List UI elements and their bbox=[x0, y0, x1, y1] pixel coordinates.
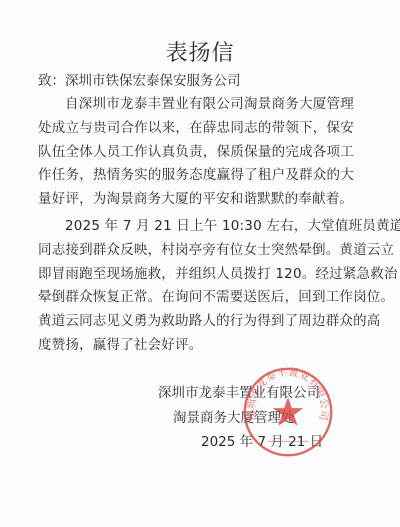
letter-title: 表扬信 bbox=[0, 36, 400, 67]
paragraph-1: 自深圳市龙泰丰置业有限公司淘景商务大厦管理处成立与贵司合作以来，在薛忠同志的带领… bbox=[38, 93, 354, 212]
signature-office: 淘景商务大厦管理处 bbox=[173, 406, 383, 430]
paragraph-2-line: 度赞扬，赢得了社会好评。 bbox=[38, 334, 354, 358]
paragraph-2-line: 同志接到群众反映，村岗亭旁有位女士突然晕倒。黄道云立 bbox=[38, 239, 354, 263]
signature-date: 2025 年 7 月 21 日 bbox=[201, 430, 400, 454]
salutation: 致：深圳市铁保宏泰保安服务公司 bbox=[38, 71, 241, 91]
paragraph-2-line: 2025 年 7 月 21 日上午 10:30 左右，大堂值班员黄道云 bbox=[38, 215, 354, 239]
paragraph-2-line: 晕倒群众恢复正常。在询问不需要送医后，回到工作岗位。 bbox=[38, 286, 354, 310]
signature-company: 深圳市龙泰丰置业有限公司 bbox=[158, 381, 368, 405]
paragraph-2: 2025 年 7 月 21 日上午 10:30 左右，大堂值班员黄道云 同志接到… bbox=[38, 215, 354, 358]
paragraph-2-line: 黄道云同志见义勇为救助路人的行为得到了周边群众的高 bbox=[38, 310, 354, 334]
letter-page: 表扬信 致：深圳市铁保宏泰保安服务公司 自深圳市龙泰丰置业有限公司淘景商务大厦管… bbox=[0, 0, 400, 527]
paragraph-2-line: 即冒雨跑至现场施救，并组织人员拨打 120。经过紧急救治 bbox=[38, 263, 354, 287]
